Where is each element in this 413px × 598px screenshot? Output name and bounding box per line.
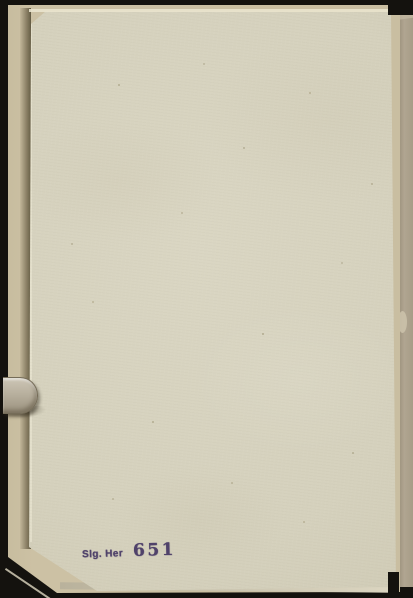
page-top-edge-highlight — [29, 9, 393, 12]
paper-clip — [3, 377, 38, 414]
scan-black-notch-bottom-right — [388, 572, 399, 596]
paper-specks — [0, 0, 2, 2]
stamp-number: 651 — [133, 540, 177, 561]
stamp-prefix: Slg. Her — [82, 548, 123, 560]
scan-frame: Slg. Her 651 — [0, 0, 413, 598]
scan-black-corner-top-right — [388, 0, 413, 15]
paper-grain-overlay — [0, 0, 413, 598]
library-stamp: Slg. Her 651 — [82, 540, 177, 563]
blank-page: Slg. Her 651 — [0, 0, 413, 598]
